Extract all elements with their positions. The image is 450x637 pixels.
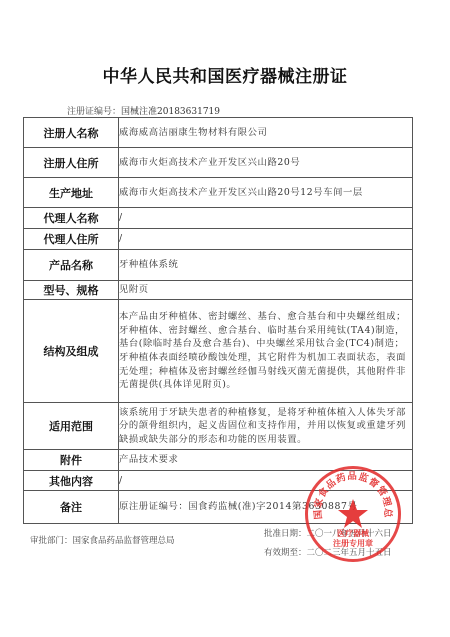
approval-department: 审批部门：国家食品药品监督管理总局 (30, 534, 175, 546)
row-value: 见附页 (119, 281, 413, 300)
approval-date-value: 二〇一八年五月十六日 (307, 529, 392, 539)
row-value: 本产品由牙种植体、密封螺丝、基台、愈合基台和中央螺丝组成；牙种植体、密封螺丝、愈… (119, 300, 413, 403)
row-value: 产品技术要求 (119, 450, 413, 471)
valid-until-label: 有效期至： (264, 548, 307, 558)
row-label: 结构及组成 (24, 300, 119, 403)
table-row: 型号、规格 见附页 (24, 281, 413, 300)
row-value: 原注册证编号：国食药监械(准)字2014第3630887号 (119, 491, 413, 524)
row-label: 代理人住所 (24, 229, 119, 250)
table-row: 结构及组成 本产品由牙种植体、密封螺丝、基台、愈合基台和中央螺丝组成；牙种植体、… (24, 300, 413, 403)
row-value: 牙种植体系统 (119, 250, 413, 281)
table-row: 注册人住所 威海市火炬高技术产业开发区兴山路20号 (24, 148, 413, 178)
certificate-table: 注册人名称 威海威高洁丽康生物材料有限公司 注册人住所 威海市火炬高技术产业开发… (23, 117, 413, 524)
table-row: 附件 产品技术要求 (24, 450, 413, 471)
table-row: 产品名称 牙种植体系统 (24, 250, 413, 281)
table-row: 生产地址 威海市火炬高技术产业开发区兴山路20号12号车间一层 (24, 178, 413, 208)
row-value: / (119, 229, 413, 250)
approval-date: 批准日期：二〇一八年五月十六日 (264, 527, 392, 539)
approval-department-value: 国家食品药品监督管理总局 (73, 536, 175, 546)
valid-until: 有效期至：二〇二三年五月十五日 (264, 546, 392, 558)
row-label: 注册人住所 (24, 148, 119, 178)
row-label: 备注 (24, 491, 119, 524)
approval-department-label: 审批部门： (30, 536, 73, 546)
row-value: 该系统用于牙缺失患者的种植修复，是将牙种植体植入人体失牙部分的颌骨组织内，起义齿… (119, 403, 413, 450)
table-row: 其他内容 / (24, 471, 413, 491)
row-value: / (119, 208, 413, 229)
row-label: 生产地址 (24, 178, 119, 208)
registration-number-label: 注册证编号： (67, 107, 121, 117)
row-label: 代理人名称 (24, 208, 119, 229)
row-label: 适用范围 (24, 403, 119, 450)
row-value: 威海威高洁丽康生物材料有限公司 (119, 118, 413, 148)
row-label: 型号、规格 (24, 281, 119, 300)
row-label: 附件 (24, 450, 119, 471)
row-label: 注册人名称 (24, 118, 119, 148)
row-label: 其他内容 (24, 471, 119, 491)
registration-number: 注册证编号：国械注准20183631719 (67, 104, 220, 117)
document-title: 中华人民共和国医疗器械注册证 (0, 62, 450, 87)
valid-until-value: 二〇二三年五月十五日 (307, 548, 392, 558)
row-value: / (119, 471, 413, 491)
row-value: 威海市火炬高技术产业开发区兴山路20号 (119, 148, 413, 178)
table-row: 备注 原注册证编号：国食药监械(准)字2014第3630887号 (24, 491, 413, 524)
approval-date-label: 批准日期： (264, 529, 307, 539)
table-row: 适用范围 该系统用于牙缺失患者的种植修复，是将牙种植体植入人体失牙部分的颌骨组织… (24, 403, 413, 450)
table-row: 代理人住所 / (24, 229, 413, 250)
row-value: 威海市火炬高技术产业开发区兴山路20号12号车间一层 (119, 178, 413, 208)
row-label: 产品名称 (24, 250, 119, 281)
table-row: 注册人名称 威海威高洁丽康生物材料有限公司 (24, 118, 413, 148)
registration-number-value: 国械注准20183631719 (121, 107, 220, 117)
table-row: 代理人名称 / (24, 208, 413, 229)
